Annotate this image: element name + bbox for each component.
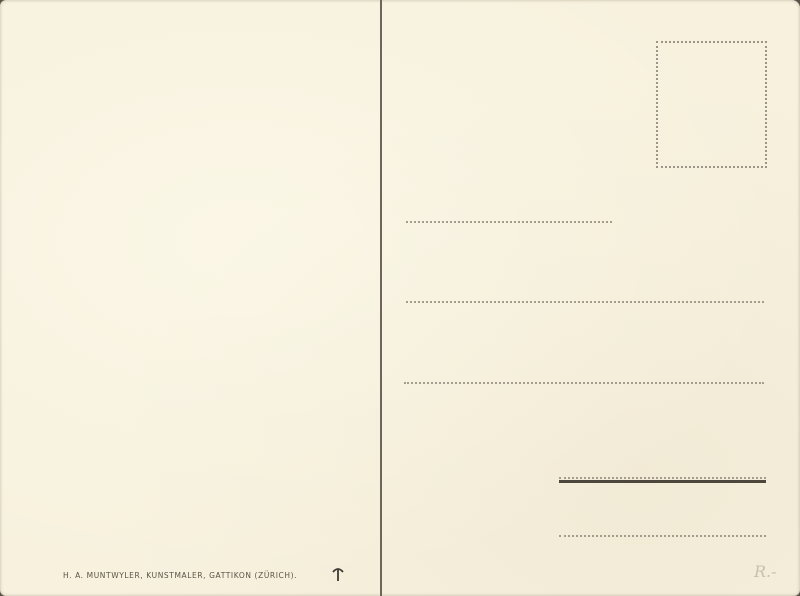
address-line-1 (406, 221, 612, 223)
address-line-5 (559, 535, 766, 537)
center-divider (380, 0, 382, 596)
publisher-imprint: H. A. MUNTWYLER, KUNSTMALER, GATTIKON (Z… (63, 571, 297, 580)
anchor-arrow-icon (332, 566, 344, 586)
pencil-note: R.- (754, 562, 777, 581)
address-line-4 (559, 477, 766, 479)
address-line-2 (406, 301, 764, 303)
address-underline (559, 480, 766, 483)
postcard-back: H. A. MUNTWYLER, KUNSTMALER, GATTIKON (Z… (0, 0, 800, 596)
address-line-3 (404, 382, 764, 384)
stamp-box (656, 41, 767, 168)
